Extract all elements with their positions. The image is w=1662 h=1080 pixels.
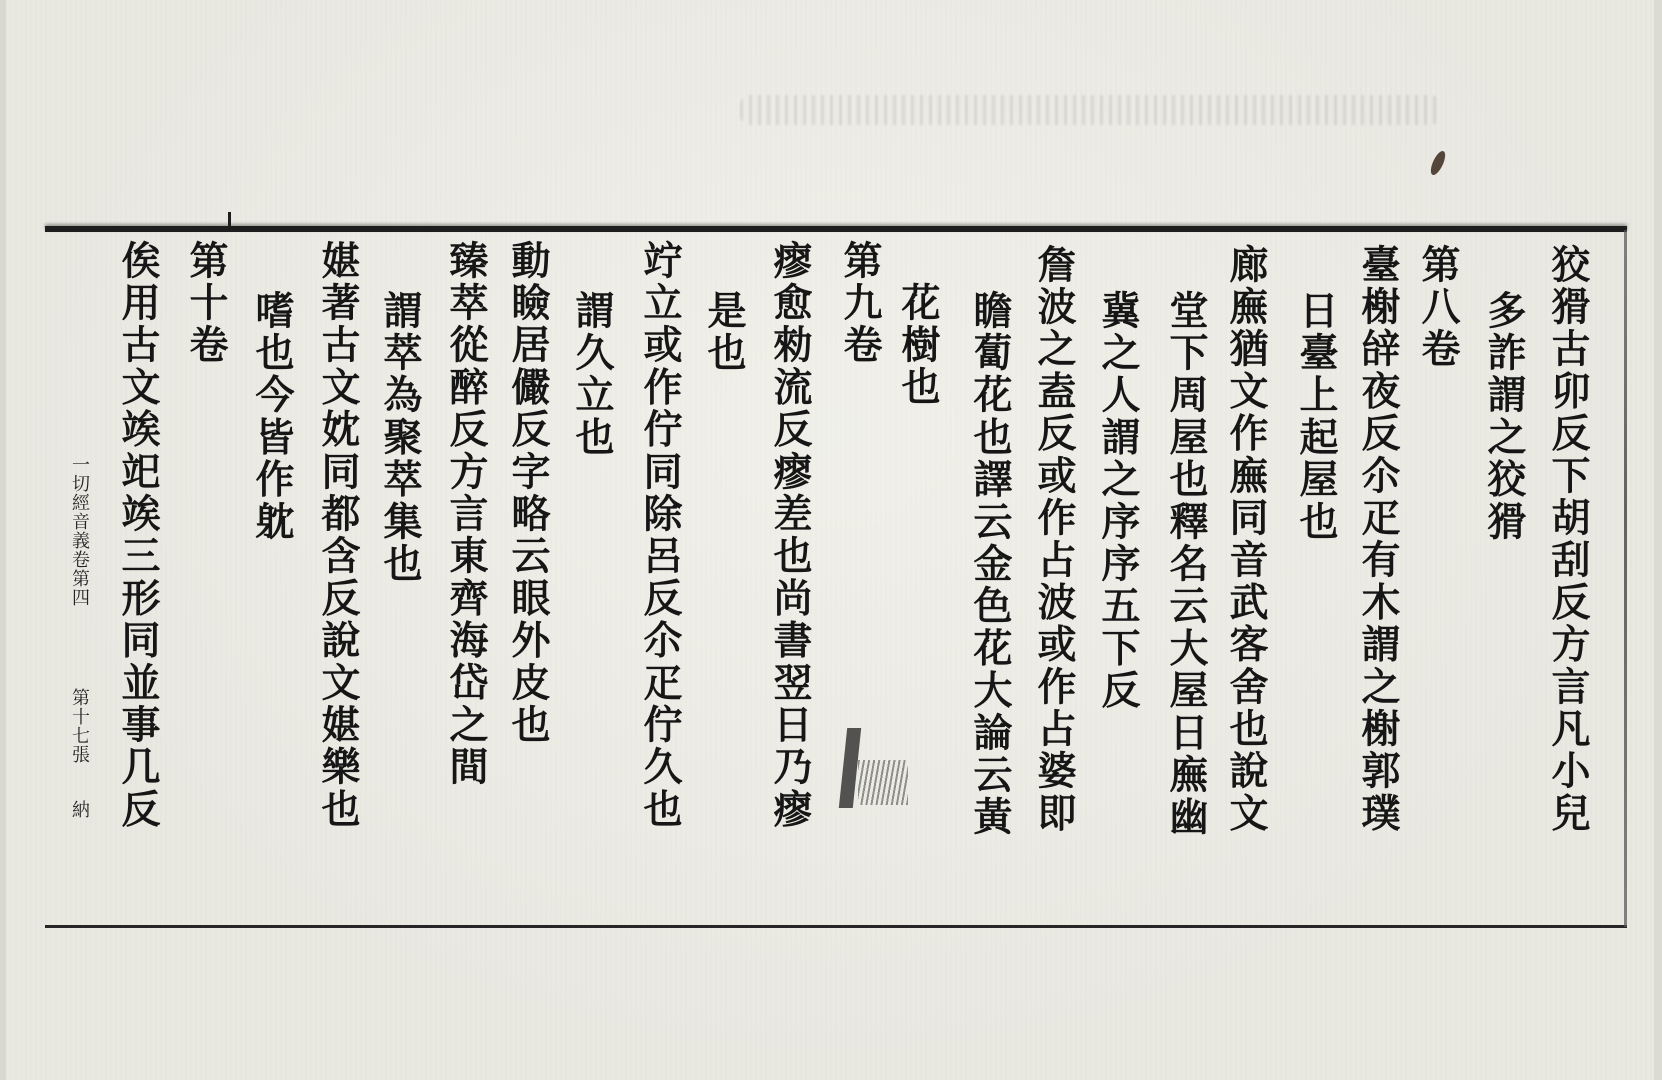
text-column-2: 多詐謂之狡猾 — [1484, 290, 1523, 543]
top-border-rule — [45, 226, 1627, 232]
text-column-6: 廊廡猶文作廡同音武客舍也說文 — [1226, 244, 1265, 835]
text-column-9: 詹波之盍反或作占波或作占婆即 — [1034, 244, 1073, 835]
text-column-5: 日臺上起屋也 — [1296, 290, 1335, 543]
text-column-19: 謂萃為聚萃集也 — [380, 290, 419, 585]
text-column-10: 瞻蔔花也譯云金色花大論云黃 — [970, 290, 1009, 839]
text-column-17: 動瞼居儼反字略云眼外皮也 — [508, 240, 547, 746]
ink-stain-smear — [858, 760, 908, 805]
text-column-14: 是也 — [704, 290, 743, 374]
top-border-tick — [228, 212, 231, 230]
margin-page-number: 第十七張 — [70, 688, 88, 764]
text-column-12-heading: 第九卷 — [840, 240, 879, 367]
text-column-16: 謂久立也 — [572, 290, 611, 459]
page-edge-right — [1654, 0, 1662, 1080]
text-column-15: 竚立或作佇同除呂反尒疋佇久也 — [640, 240, 679, 831]
text-column-20: 媅著古文妉同都含反說文媅樂也 — [318, 240, 357, 831]
text-column-8: 冀之人謂之序序五下反 — [1098, 290, 1137, 712]
text-column-4: 臺榭辝夜反尒疋有木謂之榭郭璞 — [1358, 244, 1397, 835]
burn-mark — [1428, 149, 1448, 177]
text-column-3-heading: 第八卷 — [1418, 244, 1457, 371]
bleed-through-smudge — [740, 95, 1440, 125]
text-column-22-heading: 第十卷 — [186, 240, 225, 367]
page-edge-left — [0, 0, 6, 1080]
text-column-7: 堂下周屋也釋名云大屋日廡幽 — [1166, 290, 1205, 839]
text-column-1: 狡猾古卯反下胡刮反方言凡小兒 — [1548, 244, 1587, 835]
margin-mark: 納 — [70, 800, 88, 819]
text-column-21: 嗜也今皆作躭 — [252, 290, 291, 543]
text-column-13: 瘳愈勑流反瘳差也尚書翌日乃瘳 — [770, 240, 809, 831]
margin-volume-title: 一切經音義卷第四 — [70, 455, 88, 607]
right-border-rule — [1624, 230, 1627, 927]
text-column-23: 俟用古文竢䇃竢三形同並事几反 — [118, 240, 157, 831]
bottom-border-rule — [45, 925, 1627, 928]
scanned-page: 狡猾古卯反下胡刮反方言凡小兒 多詐謂之狡猾 第八卷 臺榭辝夜反尒疋有木謂之榭郭璞… — [0, 0, 1662, 1080]
text-column-18: 臻萃從醉反方言東齊海岱之間 — [446, 240, 485, 789]
text-column-11: 花樹也 — [898, 282, 937, 409]
